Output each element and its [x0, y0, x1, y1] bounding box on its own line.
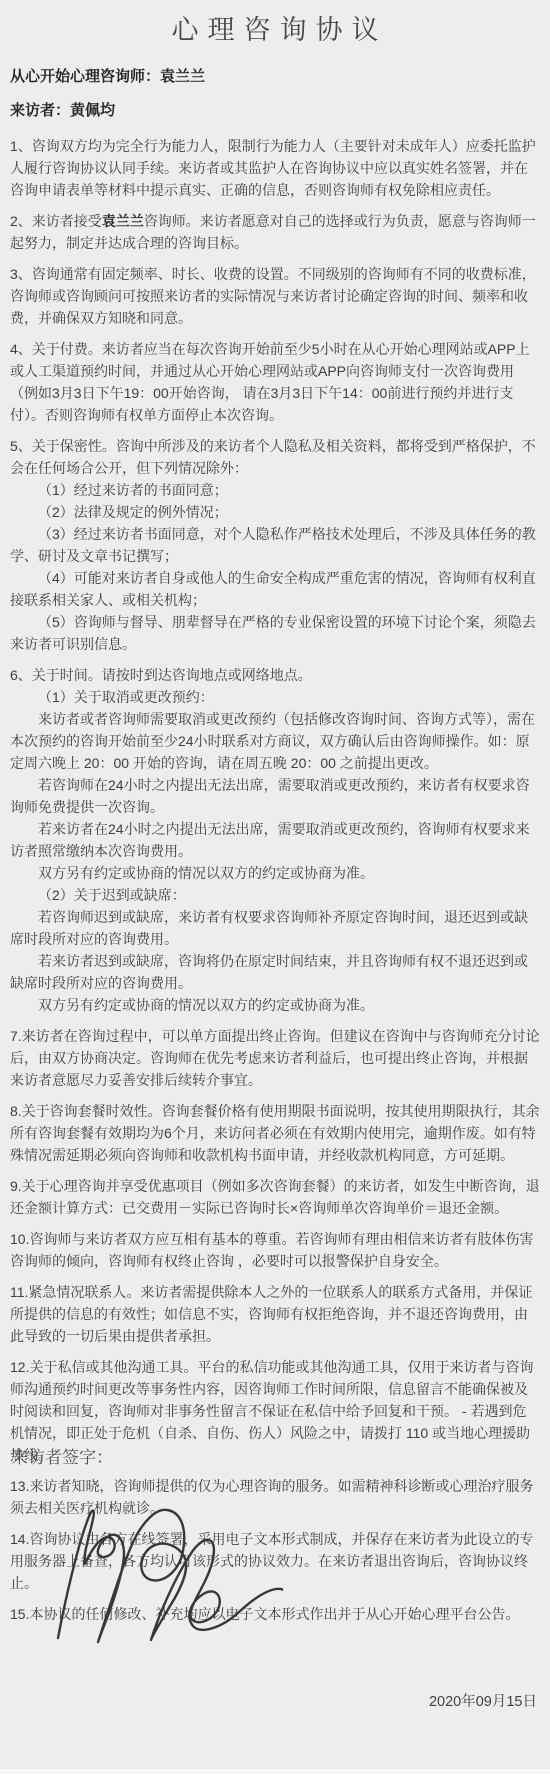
clause-subparagraph: （1）关于取消或更改预约： [10, 686, 540, 708]
page-bottom-edge [0, 1769, 550, 1774]
clause-text: 2、来访者接受 [10, 213, 102, 229]
clause-subparagraph: （5）咨询师与督导、朋辈督导在严格的专业保密设置的环境下讨论个案，须隐去来访者可… [10, 611, 540, 655]
clause-subparagraph: 来访者或者咨询师需要取消或更改预约（包括修改咨询时间、咨询方式等），需在本次预约… [10, 708, 540, 774]
signature-scribble-icon [38, 1494, 283, 1654]
clause-paragraph: 8.关于咨询套餐时效性。咨询套餐价格有使用期限书面说明，按其使用期限执行，其余所… [10, 1100, 540, 1166]
clause-subparagraph: 若来访者在24小时之内提出无法出席，需要取消或更改预约，咨询师有权要求来访者照常… [10, 818, 540, 862]
agreement-document: 心理咨询协议 从心开始心理咨询师：袁兰兰 来访者：黄佩均 1、咨询双方均为完全行… [0, 0, 550, 1625]
page-title: 心理咨询协议 [10, 8, 540, 47]
clause-paragraph: 11.紧急情况联系人。来访者需提供除本人之外的一位联系人的联系方式备用，并保证所… [10, 1281, 540, 1347]
counselor-name-inline: 袁兰兰 [102, 213, 144, 229]
agreement-date: 2020年09月15日 [429, 1690, 537, 1711]
counselor-line: 从心开始心理咨询师：袁兰兰 [10, 67, 540, 87]
clause-paragraph: 2、来访者接受袁兰兰咨询师。来访者愿意对自己的选择或行为负责，愿意与咨询师一起努… [10, 210, 540, 254]
clause-paragraph: 3、咨询通常有固定频率、时长、收费的设置。不同级别的咨询师有不同的收费标准，咨询… [10, 263, 540, 329]
clause-subparagraph: （3）经过来访者书面同意，对个人隐私作严格技术处理后，不涉及具体任务的教学、研讨… [10, 523, 540, 567]
counselor-label: 从心开始心理咨询师： [10, 68, 160, 85]
clause-paragraph: 7.来访者在咨询过程中，可以单方面提出终止咨询。但建议在咨询中与咨询师充分讨论后… [10, 1025, 540, 1091]
clause-subparagraph: （2）法律及规定的例外情况； [10, 501, 540, 523]
clause-subparagraph: 双方另有约定或协商的情况以双方的约定或协商为准。 [10, 994, 540, 1016]
clause-subparagraph: 双方另有约定或协商的情况以双方的约定或协商为准。 [10, 862, 540, 884]
visitor-line: 来访者：黄佩均 [10, 101, 540, 121]
signature-label: 来访者签字： [11, 1446, 113, 1470]
clause-subparagraph: （4）可能对来访者自身或他人的生命安全构成严重危害的情况，咨询师有权利直接联系相… [10, 567, 540, 611]
clause-subparagraph: 若咨询师在24小时之内提出无法出席，需要取消或更改预约，来访者有权要求咨询师免费… [10, 774, 540, 818]
visitor-name: 黄佩均 [70, 102, 115, 119]
agreement-clauses: 1、咨询双方均为完全行为能力人，限制行为能力人（主要针对未成年人）应委托监护人履… [10, 135, 540, 1625]
clause-paragraph: 10.咨询师与来访者双方应互相有基本的尊重。若咨询师有理由相信来访者有肢体伤害咨… [10, 1228, 540, 1272]
clause-paragraph: 4、关于付费。来访者应当在每次咨询开始前至少5小时在从心开始心理网站或APP上或… [10, 338, 540, 426]
clause-paragraph: 1、咨询双方均为完全行为能力人，限制行为能力人（主要针对未成年人）应委托监护人履… [10, 135, 540, 201]
clause-subparagraph: （1）经过来访者的书面同意； [10, 479, 540, 501]
clause-subparagraph: （2）关于迟到或缺席： [10, 884, 540, 906]
visitor-label: 来访者： [10, 102, 70, 119]
clause-paragraph: 9.关于心理咨询并享受优惠项目（例如多次咨询套餐）的来访者，如发生中断咨询，退还… [10, 1175, 540, 1219]
clause-subparagraph: 若咨询师迟到或缺席，来访者有权要求咨询师补齐原定咨询时间，退还迟到或缺席时段所对… [10, 906, 540, 950]
counselor-name: 袁兰兰 [160, 68, 205, 85]
visitor-signature [38, 1494, 283, 1654]
clause-paragraph: 6、关于时间。请按时到达咨询地点或网络地点。 [10, 664, 540, 686]
clause-subparagraph: 若来访者迟到或缺席，咨询将仍在原定时间结束，并且咨询师有权不退还迟到或缺席时段所… [10, 950, 540, 994]
clause-paragraph: 5、关于保密性。咨询中所涉及的来访者个人隐私及相关资料，都将受到严格保护，不会在… [10, 435, 540, 479]
